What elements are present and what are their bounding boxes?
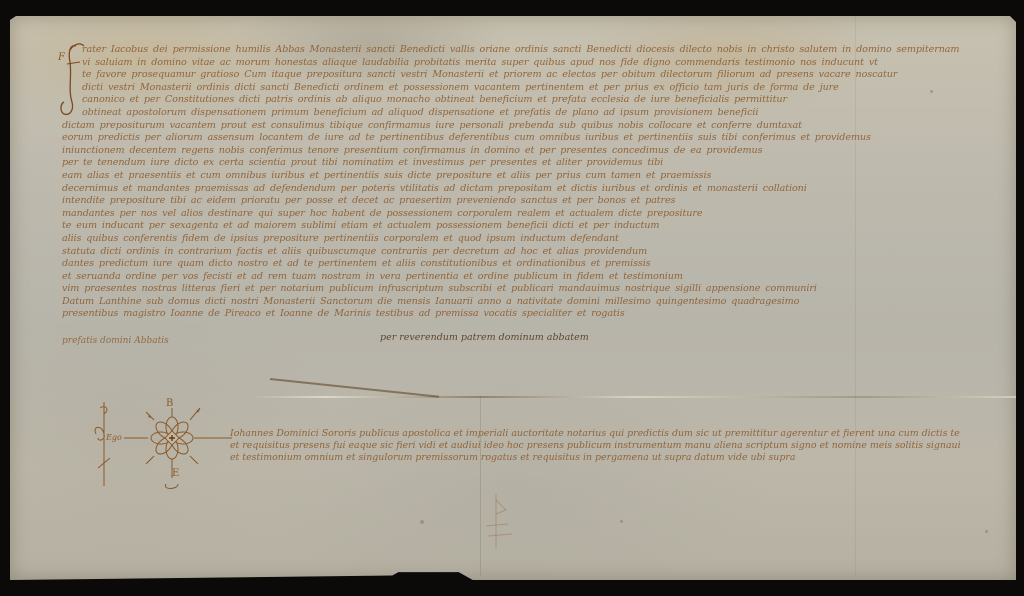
svg-text:Ego: Ego — [105, 433, 122, 442]
notary-subscription: Iohannes Dominici Sororis publicus apost… — [230, 428, 960, 464]
chancery-note: per reverendum patrem dominum abbatem — [380, 332, 589, 343]
stain-speck — [985, 530, 988, 533]
notary-signum-icon: Ego B E — [88, 398, 238, 490]
stain-speck — [930, 90, 933, 93]
text-line: te eum inducant per sexagenta et ad maio… — [62, 220, 962, 233]
text-line: obtineat apostolorum dispensationem prim… — [82, 107, 962, 120]
text-line: aliis quibus conferentis fidem de ipsius… — [62, 233, 962, 246]
notary-line: et testimonium omnium et singulorum prem… — [230, 452, 960, 464]
text-line: eam alias et praesentiis et cum omnibus … — [62, 170, 962, 183]
text-line: iniunctionem decentem regens nobis confe… — [62, 145, 962, 158]
stain-speck — [420, 520, 424, 524]
text-line: te favore prosequamur gratioso Cum itaqu… — [82, 69, 962, 82]
text-line: canonico et per Constitutiones dicti pat… — [82, 94, 962, 107]
svg-text:F: F — [58, 52, 66, 63]
notary-line: et requisitus presens fui eaque sic fier… — [230, 440, 960, 452]
text-line: eorum predictis per aliorum assensum loc… — [62, 132, 962, 145]
text-line: dicti vestri Monasterii ordinis dicti sa… — [82, 82, 962, 95]
tear-crease — [270, 378, 439, 397]
svg-text:B: B — [166, 398, 173, 409]
faint-sketch-mark-icon — [478, 490, 528, 550]
text-line: decernimus et mandantes praemissas ad de… — [62, 183, 962, 196]
text-line: presentibus magistro Ioanne de Pireaco e… — [62, 308, 962, 321]
text-line: rater Iacobus dei permissione humilis Ab… — [82, 44, 962, 57]
text-line: dictam prepositurum vacantem prout est c… — [62, 120, 962, 133]
text-line: statuta dicti ordinis in contrarium fact… — [62, 246, 962, 259]
text-line: et seruanda ordine per vos fecisti et ad… — [62, 271, 962, 284]
fold-crease — [250, 396, 1016, 398]
text-line: vim praesentes nostras litteras fieri et… — [62, 283, 962, 296]
svg-text:E: E — [172, 468, 179, 479]
text-line: dantes predictum iure quam dicto nostro … — [62, 258, 962, 271]
text-line: vi saluiam in domino vitae ac morum hone… — [82, 57, 962, 70]
text-line: per te tenendum iure dicto ex certa scie… — [62, 157, 962, 170]
stain-speck — [620, 520, 623, 523]
text-line: Datum Lanthine sub domus dicti nostri Mo… — [62, 296, 962, 309]
left-margin-note: prefatis domini Abbatis — [62, 336, 169, 346]
text-line: intendite prepositure tibi ac eidem prio… — [62, 195, 962, 208]
charter-body-text: rater Iacobus dei permissione humilis Ab… — [82, 44, 962, 321]
text-line: mandantes per nos vel alios destinare qu… — [62, 208, 962, 221]
notary-line: Iohannes Dominici Sororis publicus apost… — [230, 428, 960, 440]
